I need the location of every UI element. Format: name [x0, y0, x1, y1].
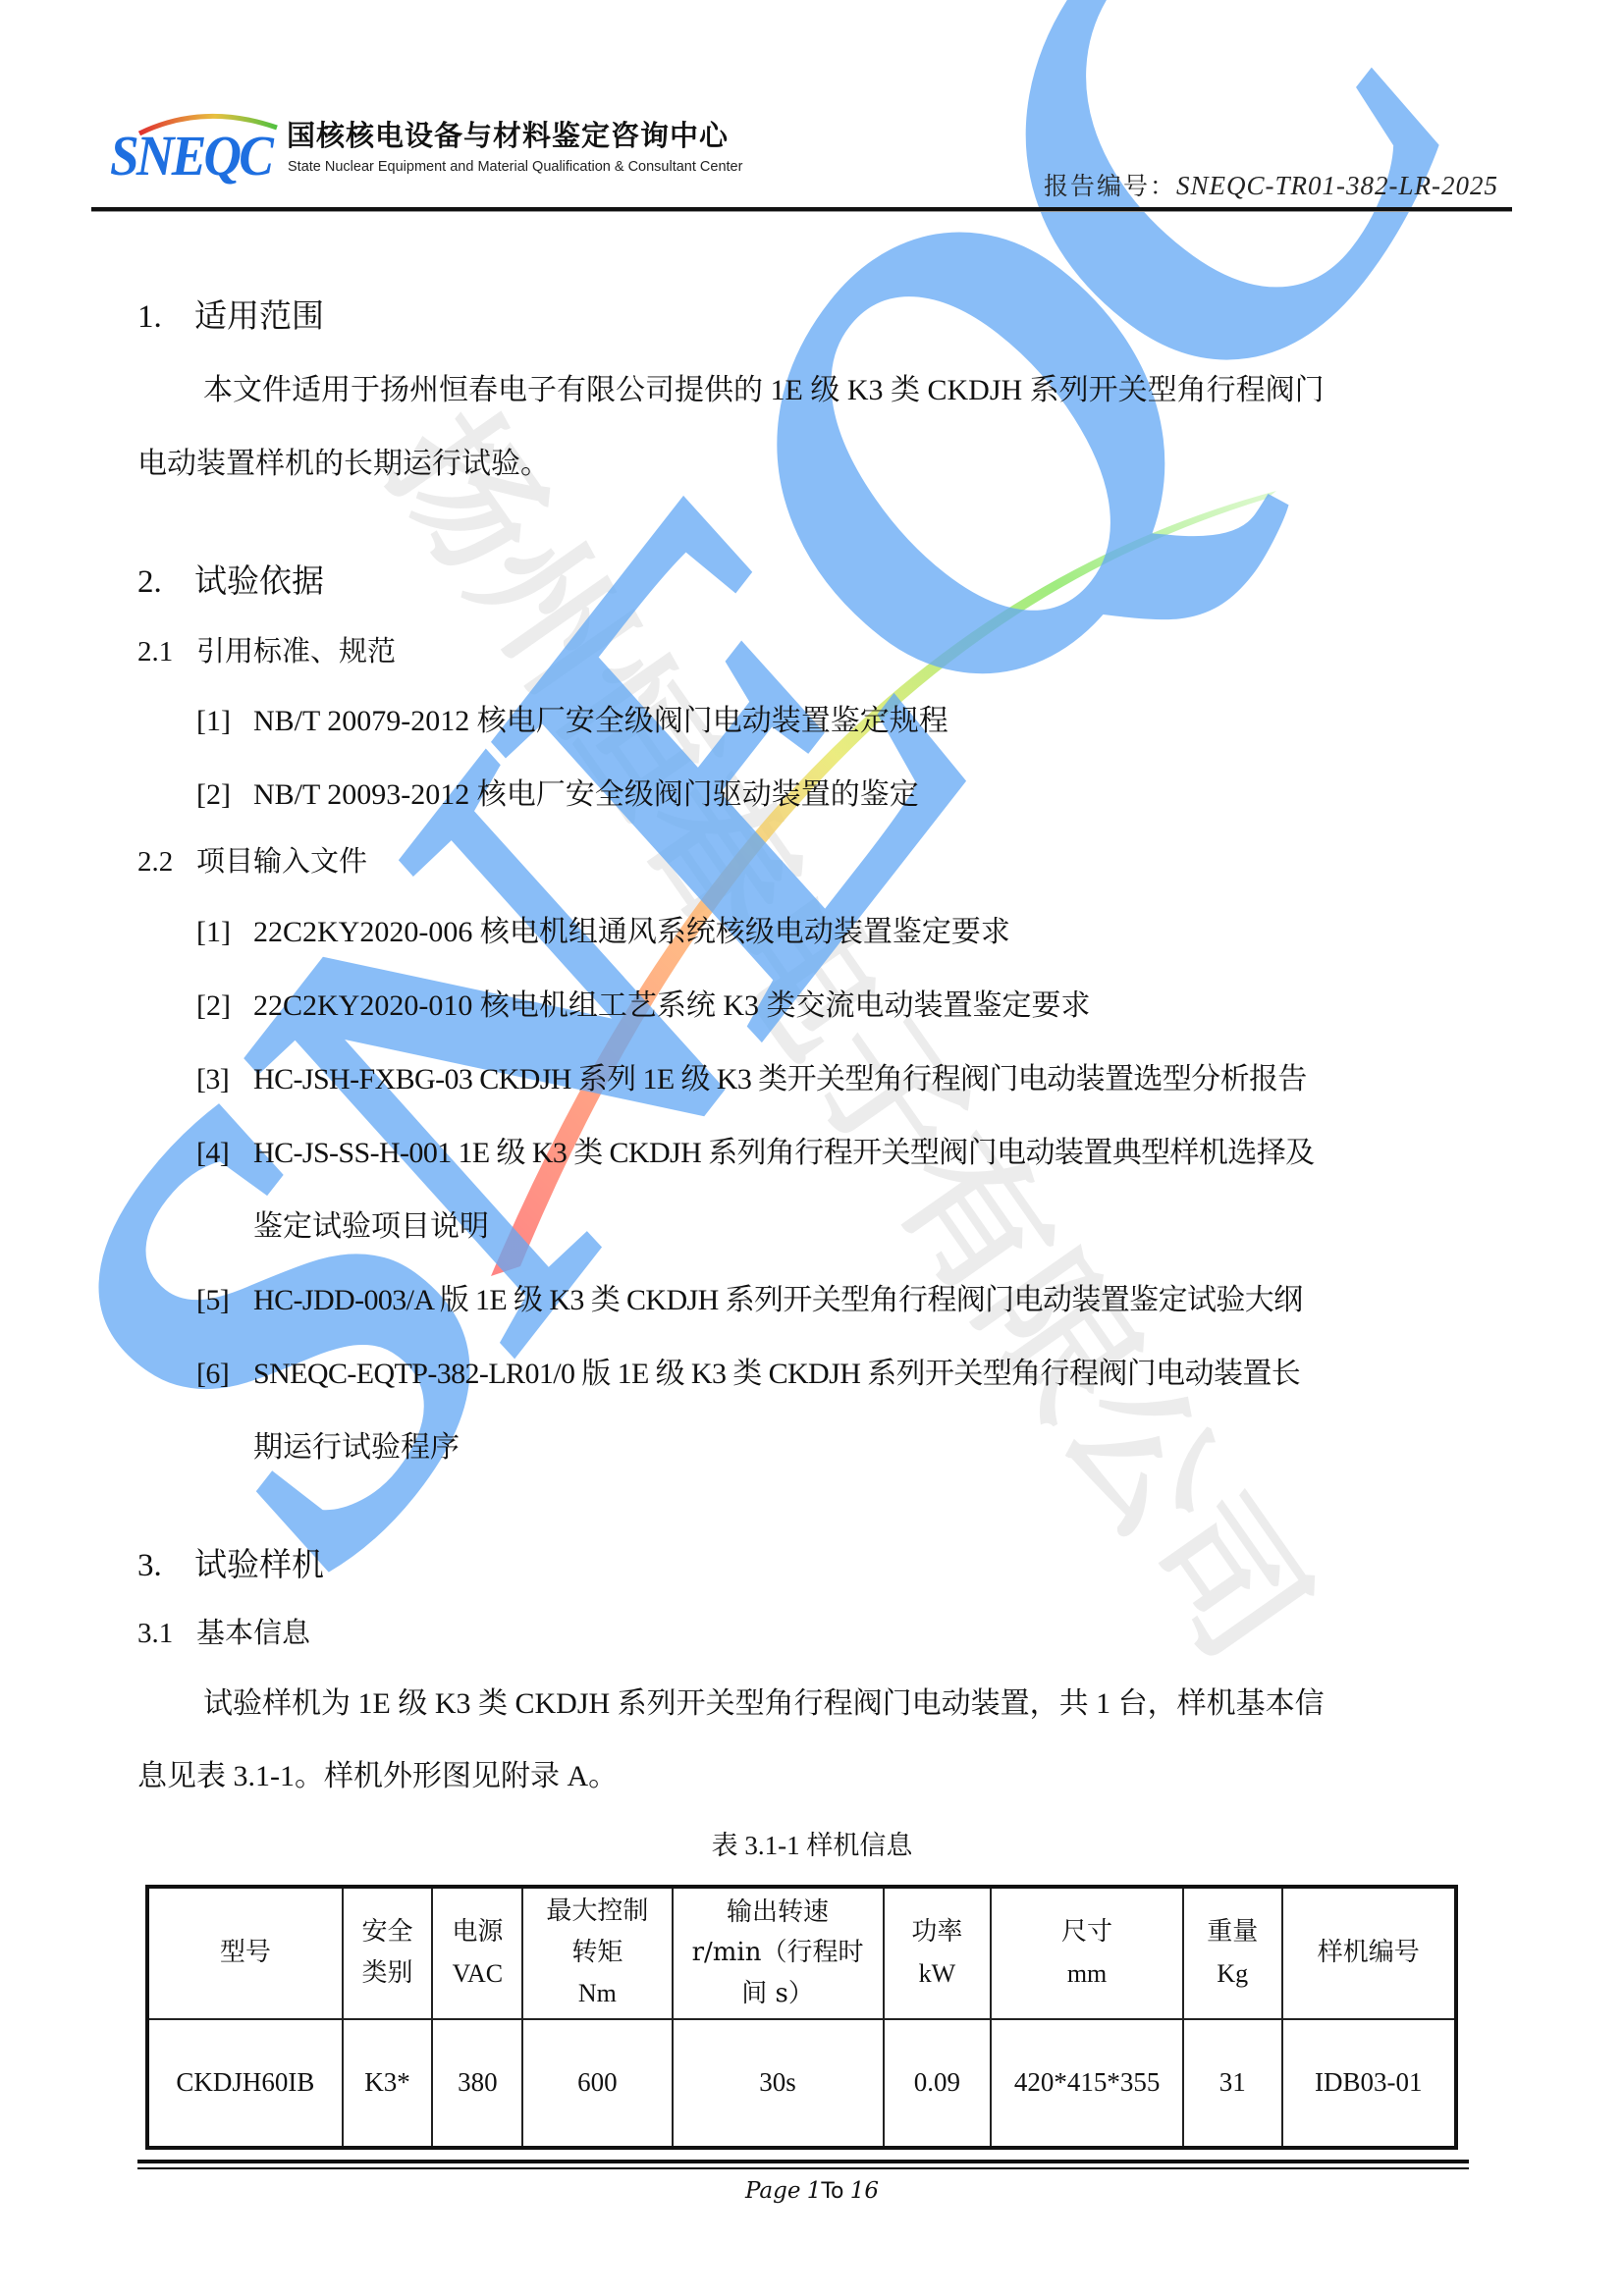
- reference-index: [6]: [196, 1358, 253, 1391]
- reference-text: HC-JSH-FXBG-03 CKDJH 系列 1E 级 K3 类开关型角行程阀…: [253, 1063, 1307, 1095]
- reference-index: [2]: [196, 989, 253, 1023]
- cell-max-torque: 600: [522, 2019, 672, 2148]
- section-2-heading: 2.试验依据: [137, 556, 324, 602]
- header-cell-model: 型号: [147, 1887, 343, 2019]
- cell-weight: 31: [1183, 2019, 1282, 2148]
- reference-item: [2]22C2KY2020-010 核电机组工艺系统 K3 类交流电动装置鉴定要…: [196, 981, 1091, 1024]
- subsection-3-1-heading: 3.1基本信息: [137, 1611, 310, 1651]
- footer-rule-thin: [137, 2167, 1469, 2169]
- table-header-row: 型号 安全类别 电源VAC 最大控制转矩Nm 输出转速r/min（行程时间 s）…: [147, 1887, 1456, 2019]
- reference-text: 22C2KY2020-006 核电机组通风系统核级电动装置鉴定要求: [253, 916, 1010, 948]
- report-number-label: 报告编号：: [1044, 172, 1176, 200]
- subsection-number: 3.1: [137, 1618, 196, 1650]
- header-cell-safety-class: 安全类别: [343, 1887, 433, 2019]
- reference-text: NB/T 20079-2012 核电厂安全级阀门电动装置鉴定规程: [253, 705, 948, 737]
- header-rule: [91, 207, 1512, 211]
- subsection-2-1-heading: 2.1引用标准、规范: [137, 629, 396, 669]
- header-cell-weight: 重量Kg: [1183, 1887, 1282, 2019]
- cell-dimensions: 420*415*355: [991, 2019, 1183, 2148]
- footer-rule-thick: [137, 2160, 1469, 2163]
- reference-item: [3]HC-JSH-FXBG-03 CKDJH 系列 1E 级 K3 类开关型角…: [196, 1054, 1307, 1097]
- section-1-para-line2: 电动装置样机的长期运行试验。: [137, 439, 550, 482]
- reference-index: [2]: [196, 778, 253, 812]
- reference-text: NB/T 20093-2012 核电厂安全级阀门驱动装置的鉴定: [253, 778, 919, 811]
- reference-index: [1]: [196, 916, 253, 949]
- subsection-2-2-heading: 2.2项目输入文件: [137, 839, 367, 880]
- sneqc-logo: SNEQC: [110, 110, 277, 181]
- section-title: 适用范围: [194, 296, 324, 335]
- section-title: 试验依据: [194, 561, 324, 600]
- reference-text: HC-JDD-003/A 版 1E 级 K3 类 CKDJH 系列开关型角行程阀…: [253, 1284, 1303, 1316]
- table-caption: 表 3.1-1 样机信息: [0, 1824, 1624, 1862]
- reference-text: 22C2KY2020-010 核电机组工艺系统 K3 类交流电动装置鉴定要求: [253, 989, 1091, 1022]
- section-title: 试验样机: [194, 1545, 324, 1583]
- reference-index: [3]: [196, 1063, 253, 1096]
- table-row: CKDJH60IB K3* 380 600 30s 0.09 420*415*3…: [147, 2019, 1456, 2148]
- logo-text: SNEQC: [110, 128, 271, 185]
- reference-text: SNEQC-EQTP-382-LR01/0 版 1E 级 K3 类 CKDJH …: [253, 1358, 1300, 1390]
- reference-continuation: 期运行试验程序: [253, 1422, 460, 1466]
- subsection-title: 项目输入文件: [196, 844, 367, 878]
- section-number: 3.: [137, 1548, 194, 1584]
- org-name-en: State Nuclear Equipment and Material Qua…: [288, 159, 742, 175]
- sample-info-table: 型号 安全类别 电源VAC 最大控制转矩Nm 输出转速r/min（行程时间 s）…: [145, 1885, 1458, 2150]
- header-cell-output-speed: 输出转速r/min（行程时间 s）: [673, 1887, 884, 2019]
- page-current: 1: [807, 2178, 822, 2204]
- report-number: 报告编号：SNEQC-TR01-382-LR-2025: [1044, 167, 1498, 202]
- cell-power-supply: 380: [432, 2019, 522, 2148]
- subsection-number: 2.2: [137, 846, 196, 879]
- reference-item: [2]NB/T 20093-2012 核电厂安全级阀门驱动装置的鉴定: [196, 770, 919, 813]
- reference-index: [1]: [196, 705, 253, 738]
- header-cell-sample-id: 样机编号: [1282, 1887, 1456, 2019]
- header-cell-dimensions: 尺寸mm: [991, 1887, 1183, 2019]
- page-number: Page 1To 16: [0, 2177, 1624, 2205]
- page-total: 16: [850, 2178, 879, 2204]
- reference-continuation: 鉴定试验项目说明: [253, 1201, 489, 1245]
- header-cell-power: 功率kW: [884, 1887, 992, 2019]
- cell-output-speed: 30s: [673, 2019, 884, 2148]
- cell-model: CKDJH60IB: [147, 2019, 343, 2148]
- section-number: 2.: [137, 564, 194, 601]
- section-1-para-line1: 本文件适用于扬州恒春电子有限公司提供的 1E 级 K3 类 CKDJH 系列开关…: [203, 365, 1325, 408]
- cell-power: 0.09: [884, 2019, 992, 2148]
- header-cell-power-supply: 电源VAC: [432, 1887, 522, 2019]
- section-1-heading: 1.适用范围: [137, 291, 324, 337]
- reference-item: [1]NB/T 20079-2012 核电厂安全级阀门电动装置鉴定规程: [196, 696, 948, 739]
- report-number-value: SNEQC-TR01-382-LR-2025: [1176, 171, 1498, 200]
- section-3-1-para-line2: 息见表 3.1-1。样机外形图见附录 A。: [137, 1751, 618, 1794]
- cell-sample-id: IDB03-01: [1282, 2019, 1456, 2148]
- section-3-heading: 3.试验样机: [137, 1539, 324, 1585]
- page-label: Page: [745, 2178, 801, 2204]
- reference-text: HC-JS-SS-H-001 1E 级 K3 类 CKDJH 系列角行程开关型阀…: [253, 1137, 1315, 1169]
- reference-index: [4]: [196, 1137, 253, 1170]
- header-cell-max-torque: 最大控制转矩Nm: [522, 1887, 672, 2019]
- subsection-number: 2.1: [137, 636, 196, 668]
- reference-item: [1]22C2KY2020-006 核电机组通风系统核级电动装置鉴定要求: [196, 907, 1010, 950]
- subsection-title: 基本信息: [196, 1616, 310, 1649]
- org-name-cn: 国核核电设备与材料鉴定咨询中心: [287, 114, 729, 154]
- reference-index: [5]: [196, 1284, 253, 1317]
- section-3-1-para-line1: 试验样机为 1E 级 K3 类 CKDJH 系列开关型角行程阀门电动装置，共 1…: [203, 1679, 1325, 1722]
- cell-safety-class: K3*: [343, 2019, 433, 2148]
- page-to: To: [821, 2179, 843, 2204]
- reference-item: [5]HC-JDD-003/A 版 1E 级 K3 类 CKDJH 系列开关型角…: [196, 1275, 1303, 1318]
- reference-item: [6]SNEQC-EQTP-382-LR01/0 版 1E 级 K3 类 CKD…: [196, 1349, 1300, 1392]
- subsection-title: 引用标准、规范: [196, 634, 396, 667]
- section-number: 1.: [137, 299, 194, 336]
- reference-item: [4]HC-JS-SS-H-001 1E 级 K3 类 CKDJH 系列角行程开…: [196, 1128, 1315, 1171]
